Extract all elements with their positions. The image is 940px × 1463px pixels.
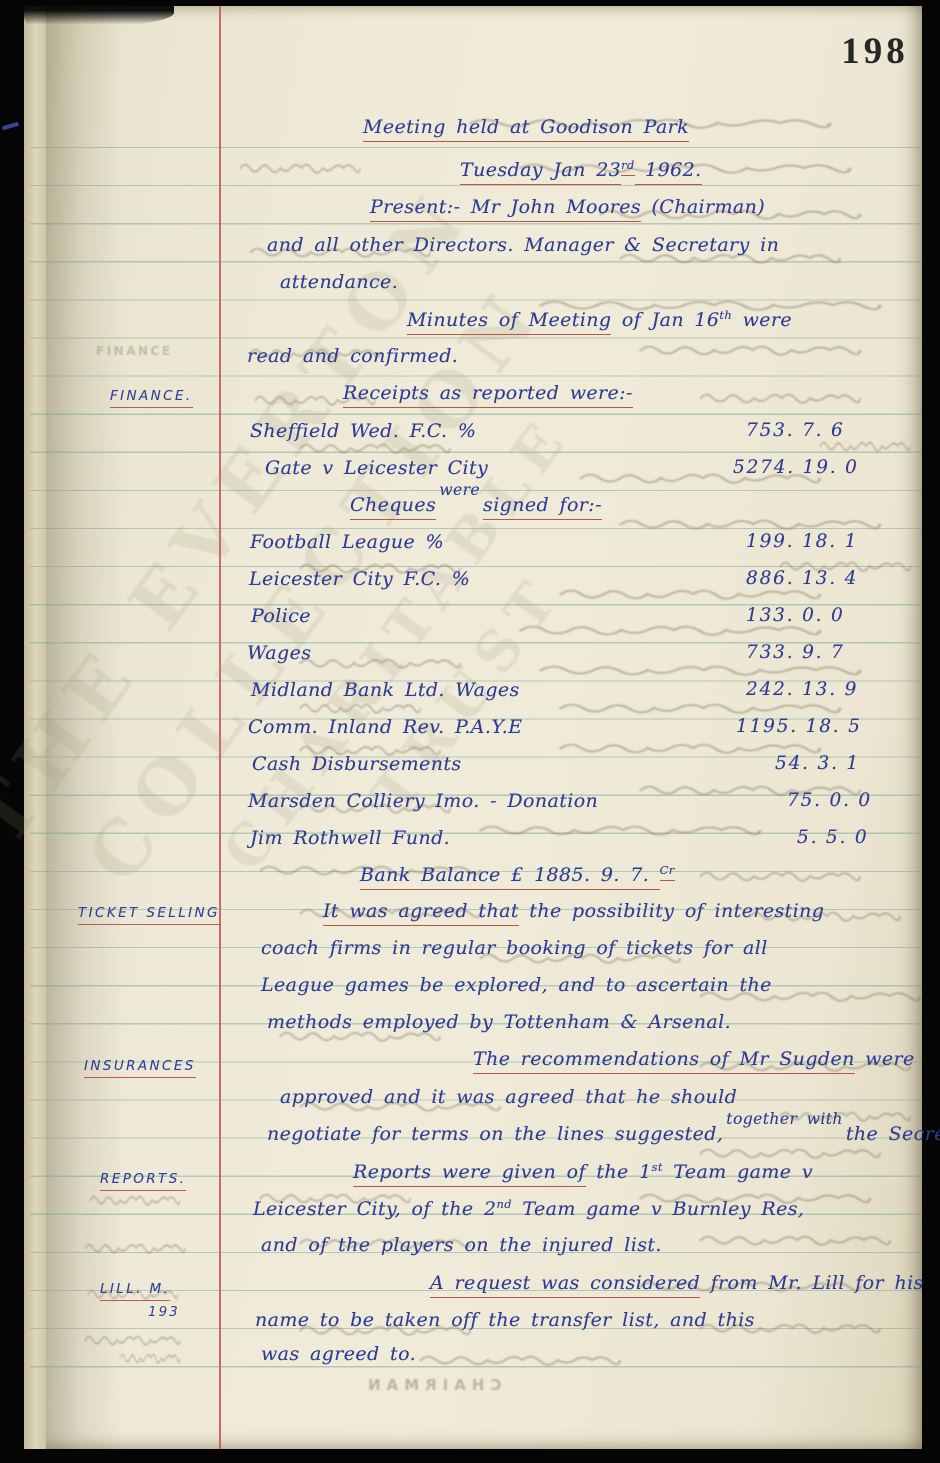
minute-line: Jim Rothwell Fund. — [250, 827, 450, 849]
minute-line: attendance. — [280, 271, 398, 293]
amount-value: 886. 13. 4 — [746, 568, 858, 589]
minute-text: was agreed to. — [261, 1343, 416, 1365]
minute-line: methods employed by Tottenham & Arsenal. — [267, 1011, 731, 1033]
minute-line: Chequesweresigned for:- — [350, 494, 602, 516]
minute-line: Wages — [247, 642, 311, 664]
minute-text: Wages — [247, 642, 311, 664]
minute-text: Present:- — [370, 196, 471, 222]
minute-line: Midland Bank Ltd. Wages — [251, 679, 520, 701]
minute-text: the Secretary. — [846, 1123, 940, 1145]
bleedthrough-chairman: CHAIRMAN — [362, 1376, 501, 1394]
minute-text: A request was considered — [430, 1272, 700, 1298]
minute-line: Leicester City, of the 2nd Team game v B… — [253, 1197, 804, 1220]
minute-text: Marsden Colliery Imo. - Donation — [248, 790, 598, 812]
minute-line: negotiate for terms on the lines suggest… — [267, 1123, 940, 1145]
minute-text: Tuesday Jan 23 — [460, 159, 621, 185]
minute-text: Midland Bank Ltd. Wages — [251, 679, 520, 701]
margin-label: FINANCE. — [110, 388, 193, 408]
minute-text: coach firms in regular booking of ticket… — [261, 937, 768, 959]
minute-text: Gate v Leicester City — [265, 457, 488, 479]
minute-line: approved and it was agreed that he shoul… — [280, 1086, 737, 1108]
minute-text: st — [652, 1160, 663, 1174]
amount-value: 54. 3. 1 — [775, 753, 860, 774]
minute-text: Cash Disbursements — [252, 753, 462, 775]
minute-line: read and confirmed. — [247, 345, 458, 367]
minute-text: Mr John Moores — [471, 196, 641, 222]
minute-line: A request was considered from Mr. Lill f… — [430, 1272, 924, 1294]
margin-label: TICKET SELLING — [78, 905, 220, 925]
minute-line: Tuesday Jan 23rd 1962. — [460, 158, 702, 181]
amount-value: 5. 5. 0 — [797, 827, 868, 848]
minute-text: Sheffield Wed. F.C. % — [250, 420, 476, 442]
minute-book-scan: THE EVERTON COLLECTION CHARITABLE TRUST … — [0, 0, 940, 1463]
minute-text: It was agreed that — [323, 900, 519, 926]
minute-text: methods employed by Tottenham & Arsenal. — [267, 1011, 731, 1033]
minute-text: Jim Rothwell Fund. — [250, 827, 450, 849]
minute-text: Comm. Inland Rev. P.A.Y.E — [248, 716, 523, 738]
minute-text: were — [732, 309, 792, 331]
minute-text: Minutes of Meeting — [407, 309, 611, 335]
minute-line: Bank Balance £ 1885. 9. 7. Cr — [360, 863, 675, 886]
minute-line: and of the players on the injured list. — [261, 1234, 662, 1256]
minute-text: the 1 — [586, 1161, 652, 1183]
minute-line: was agreed to. — [261, 1343, 416, 1365]
minute-line: Marsden Colliery Imo. - Donation — [248, 790, 598, 812]
minute-text: Cheques — [350, 494, 436, 520]
minute-line: It was agreed that the possibility of in… — [323, 900, 824, 922]
inserted-word: together with — [726, 1110, 843, 1128]
minute-text: Team game v Burnley Res, — [512, 1198, 804, 1220]
amount-value: 199. 18. 1 — [746, 531, 858, 552]
minute-text: name to be taken off the transfer list, … — [255, 1309, 755, 1331]
margin-label: LILL. M. — [100, 1281, 170, 1301]
minute-text: the possibility of interesting — [519, 900, 824, 922]
minute-text: League games be explored, and to ascerta… — [261, 974, 772, 996]
minute-text: Football League % — [250, 531, 444, 553]
minute-text: were — [855, 1048, 915, 1070]
minute-text: Police — [251, 605, 311, 627]
minute-text: Receipts as reported were:- — [343, 382, 633, 408]
amount-value: 75. 0. 0 — [787, 790, 872, 811]
minute-line: The recommendations of Mr Sugden were — [473, 1048, 915, 1070]
minute-line: Football League % — [250, 531, 444, 553]
minute-text: rd — [621, 158, 635, 176]
margin-label: INSURANCES — [84, 1058, 196, 1078]
minute-text: of Jan 16 — [611, 309, 719, 331]
margin-label: REPORTS. — [100, 1171, 186, 1191]
amount-value: 5274. 19. 0 — [733, 457, 859, 478]
minute-text: th — [719, 308, 732, 322]
minute-line: Police — [251, 605, 311, 627]
minute-line: League games be explored, and to ascerta… — [261, 974, 772, 996]
amount-value: 133. 0. 0 — [746, 605, 845, 626]
minute-text: and of the players on the injured list. — [261, 1234, 662, 1256]
margin-label-sub: 193 — [148, 1304, 180, 1320]
minute-line: Sheffield Wed. F.C. % — [250, 420, 476, 442]
minute-line: Comm. Inland Rev. P.A.Y.E — [248, 716, 523, 738]
minute-text: Leicester City F.C. % — [249, 568, 470, 590]
minute-text: Cr — [660, 863, 675, 881]
minute-text: from Mr. Lill for his — [700, 1272, 924, 1294]
amount-value: 733. 9. 7 — [746, 642, 845, 663]
minute-text: 1962. — [635, 159, 702, 185]
minute-text: signed for:- — [483, 494, 602, 520]
minute-line: Leicester City F.C. % — [249, 568, 470, 590]
minute-text: The recommendations of Mr Sugden — [473, 1048, 855, 1074]
minute-line: name to be taken off the transfer list, … — [255, 1309, 755, 1331]
amount-value: 242. 13. 9 — [746, 679, 858, 700]
minute-text: (Chairman) — [641, 196, 765, 218]
minute-text: and all other Directors. Manager & Secre… — [267, 234, 779, 256]
minute-text: attendance. — [280, 271, 398, 293]
amount-value: 753. 7. 6 — [746, 420, 845, 441]
minute-text: read and confirmed. — [247, 345, 458, 367]
minute-line: Minutes of Meeting of Jan 16th were — [407, 308, 792, 331]
minute-text: Leicester City, of the 2 — [253, 1198, 496, 1220]
minute-text: Meeting held at Goodison Park — [363, 116, 689, 142]
minute-line: and all other Directors. Manager & Secre… — [267, 234, 779, 256]
minute-text: Team game v — [663, 1161, 813, 1183]
minute-line: Gate v Leicester City — [265, 457, 488, 479]
minute-text: negotiate for terms on the lines suggest… — [267, 1123, 723, 1145]
page-number: 198 — [830, 30, 920, 73]
inserted-word: were — [439, 481, 480, 499]
minute-line: Meeting held at Goodison Park — [363, 116, 689, 138]
bleedthrough-finance-label: FINANCE — [96, 344, 173, 358]
minute-line: Reports were given of the 1st Team game … — [353, 1160, 813, 1183]
amount-value: 1195. 18. 5 — [736, 716, 862, 737]
minute-text: Bank Balance £ 1885. 9. 7. — [360, 864, 660, 890]
minute-line: coach firms in regular booking of ticket… — [261, 937, 768, 959]
minute-line: Receipts as reported were:- — [343, 382, 633, 404]
minute-text: nd — [496, 1197, 511, 1211]
minute-line: Present:- Mr John Moores (Chairman) — [370, 196, 765, 218]
minute-text: approved and it was agreed that he shoul… — [280, 1086, 737, 1108]
minute-line: Cash Disbursements — [252, 753, 462, 775]
minute-text: Reports were given of — [353, 1161, 586, 1187]
